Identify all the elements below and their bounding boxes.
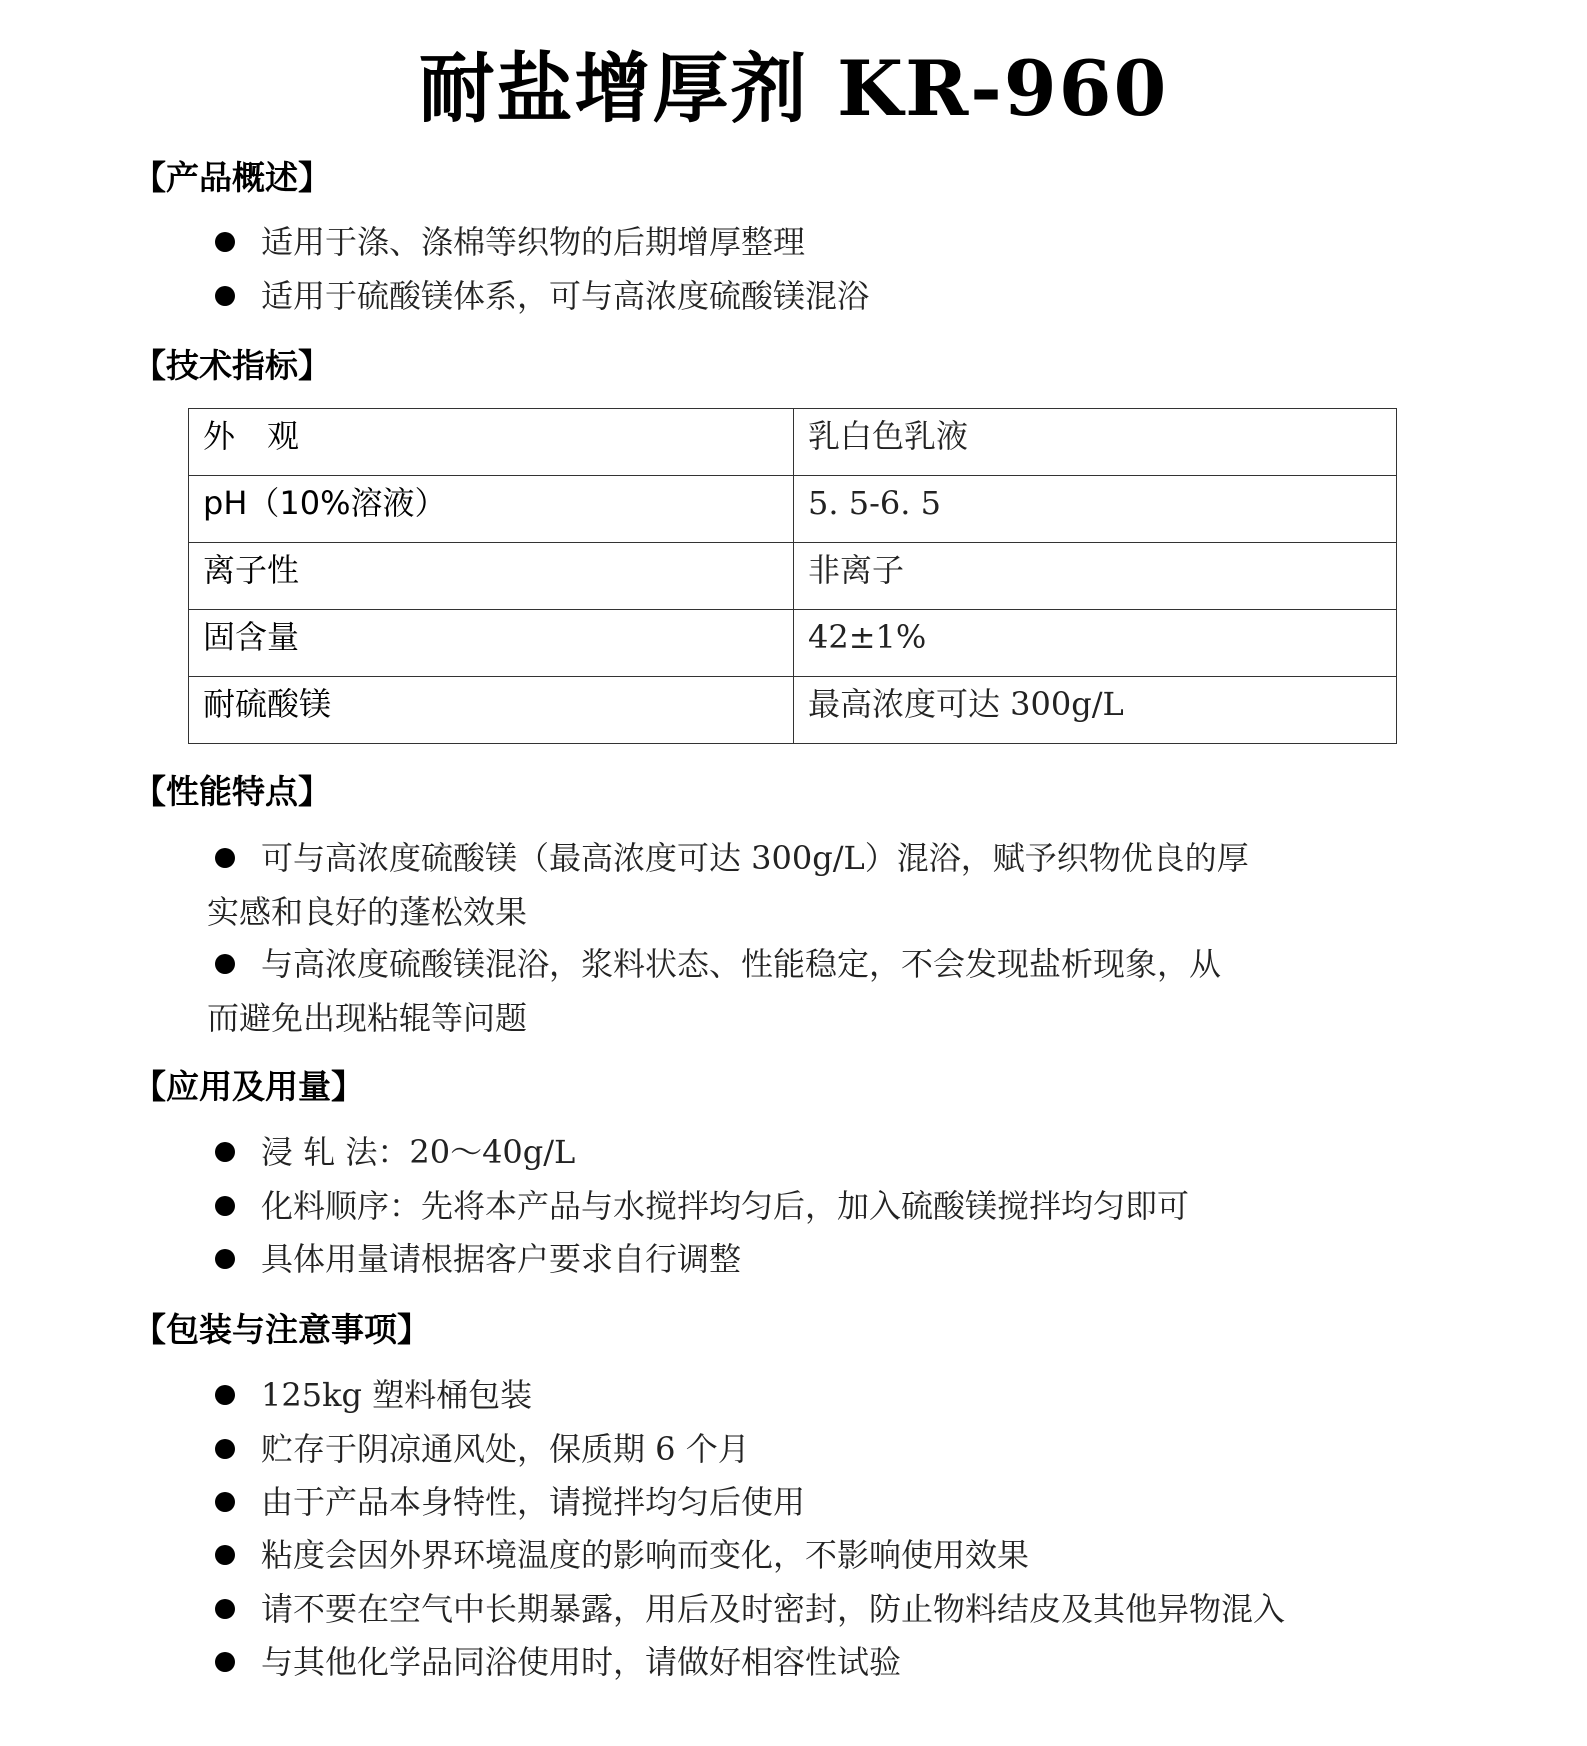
list-item: 具体用量请根据客户要求自行调整 [215, 1239, 741, 1279]
spec-key: 固含量 [189, 610, 794, 677]
spec-value: 42±1% [794, 610, 1397, 677]
section-heading-specs: 【技术指标】 [133, 346, 331, 386]
list-item: 请不要在空气中长期暴露，用后及时密封，防止物料结皮及其他异物混入 [215, 1589, 1285, 1629]
list-item: 适用于硫酸镁体系，可与高浓度硫酸镁混浴 [215, 276, 869, 316]
spec-value: 5. 5-6. 5 [794, 476, 1397, 543]
table-row: pH（10%溶液） 5. 5-6. 5 [189, 476, 1397, 543]
list-item: 化料顺序：先将本产品与水搅拌均匀后，加入硫酸镁搅拌均匀即可 [215, 1186, 1189, 1226]
bullet-icon [215, 1545, 235, 1565]
list-item: 贮存于阴凉通风处，保质期 6 个月 [215, 1429, 750, 1469]
bullet-icon [215, 1142, 235, 1162]
product-name: 耐盐增厚剂 [419, 44, 809, 133]
spec-key: 外 观 [189, 409, 794, 476]
bullet-icon [215, 1599, 235, 1619]
bullet-icon [215, 1249, 235, 1269]
bullet-icon [215, 1385, 235, 1405]
section-heading-overview: 【产品概述】 [133, 158, 331, 198]
bullet-icon [215, 1439, 235, 1459]
list-item: 粘度会因外界环境温度的影响而变化，不影响使用效果 [215, 1535, 1029, 1575]
bullet-icon [215, 848, 235, 868]
list-item: 与其他化学品同浴使用时，请做好相容性试验 [215, 1642, 901, 1682]
list-item: 浸 轧 法：20～40g/L [215, 1132, 575, 1172]
list-item: 由于产品本身特性，请搅拌均匀后使用 [215, 1482, 805, 1522]
product-code: KR-960 [837, 44, 1168, 133]
spec-key: 离子性 [189, 543, 794, 610]
spec-value: 非离子 [794, 543, 1397, 610]
spec-value: 乳白色乳液 [794, 409, 1397, 476]
spec-key: pH（10%溶液） [189, 476, 794, 543]
table-row: 耐硫酸镁 最高浓度可达 300g/L [189, 677, 1397, 744]
list-item: 适用于涤、涤棉等织物的后期增厚整理 [215, 222, 805, 262]
document-title: 耐盐增厚剂 KR-960 [0, 28, 1587, 137]
spec-table: 外 观 乳白色乳液 pH（10%溶液） 5. 5-6. 5 离子性 非离子 固含… [188, 408, 1397, 744]
section-heading-usage: 【应用及用量】 [133, 1067, 364, 1107]
bullet-icon [215, 232, 235, 252]
bullet-icon [215, 1652, 235, 1672]
bullet-icon [215, 1492, 235, 1512]
table-row: 外 观 乳白色乳液 [189, 409, 1397, 476]
bullet-icon [215, 954, 235, 974]
list-item: 与高浓度硫酸镁混浴，浆料状态、性能稳定，不会发现盐析现象，从 而避免出现粘辊等问… [215, 944, 1221, 1038]
list-item: 125kg 塑料桶包装 [215, 1375, 532, 1415]
section-heading-packaging: 【包装与注意事项】 [133, 1310, 430, 1350]
spec-key: 耐硫酸镁 [189, 677, 794, 744]
table-row: 固含量 42±1% [189, 610, 1397, 677]
bullet-icon [215, 1196, 235, 1216]
spec-value: 最高浓度可达 300g/L [794, 677, 1397, 744]
bullet-icon [215, 286, 235, 306]
section-heading-features: 【性能特点】 [133, 772, 331, 812]
table-row: 离子性 非离子 [189, 543, 1397, 610]
list-item: 可与高浓度硫酸镁（最高浓度可达 300g/L）混浴，赋予织物优良的厚 实感和良好… [215, 838, 1249, 932]
